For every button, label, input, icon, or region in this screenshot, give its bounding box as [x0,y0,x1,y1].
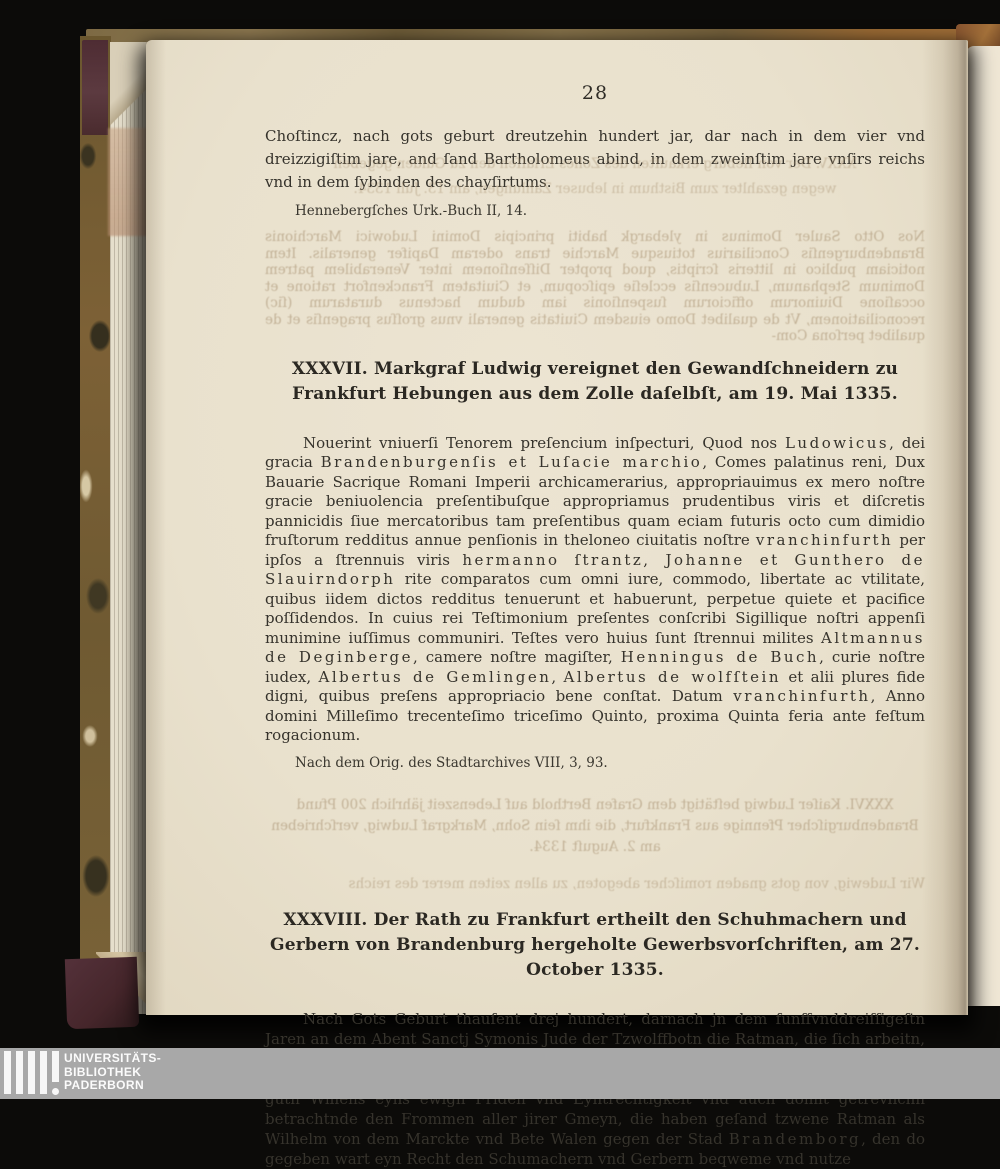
logo-bar [28,1051,35,1094]
library-name-line1: UNIVERSITÄTS- [64,1052,161,1066]
marbled-cover-edge [80,36,111,1026]
section-heading-xxxviii: XXXVIII. Der Rath zu Frankfurt ertheilt … [265,908,925,983]
next-page-edge [966,46,1000,1006]
scanned-book-photo: 28 XXXV. Der von Ileburg erkauften des Z… [0,0,1000,1099]
logo-bar [52,1051,59,1082]
source-note-henneberg: Hennebergſches Urk.-Buch II, 14. [295,203,925,219]
bleedthrough-text-upper: XXXV. Der von Ileburg erkauften des Zoll… [265,152,925,202]
library-name-line2: BIBLIOTHEK [64,1066,161,1080]
logo-bar [40,1051,47,1094]
logo-bar [4,1051,11,1094]
library-name-line3: PADERBORN [64,1079,161,1093]
source-note-stadtarchiv: Nach dem Orig. des Stadtarchives VIII, 3… [295,755,925,771]
section-heading-xxxvii: XXXVII. Markgraf Ludwig vereignet den Ge… [265,357,925,407]
library-name: UNIVERSITÄTS- BIBLIOTHEK PADERBORN [64,1052,161,1093]
library-watermark-strip: UNIVERSITÄTS- BIBLIOTHEK PADERBORN [0,1048,1000,1099]
bleedthrough-text-block-a: Nos Otto Sauler Dominus in ylebargk habi… [265,229,925,345]
logo-bar [16,1051,23,1094]
page-right-crease [922,40,968,1015]
page-left-shadow [146,40,166,1015]
leather-corner-bottom-left [65,957,139,1029]
book-page: 28 XXXV. Der von Ileburg erkauften des Z… [146,40,968,1015]
page-number: 28 [265,82,925,104]
bleedthrough-text-block-c: Wir Ludewig, von gots gnaden romiſcher a… [265,876,925,892]
page-content: 28 XXXV. Der von Ileburg erkauften des Z… [265,40,925,1015]
bleedthrough-text-block-b: XXXVI. Kaiſer Ludwig beſtätigt dem Grafe… [265,795,925,858]
leather-corner-top-left [82,40,108,135]
charter-text-xxxvii: Nouerint vniuerſi Tenorem preſencium inſ… [265,434,925,746]
logo-dot [52,1088,59,1095]
